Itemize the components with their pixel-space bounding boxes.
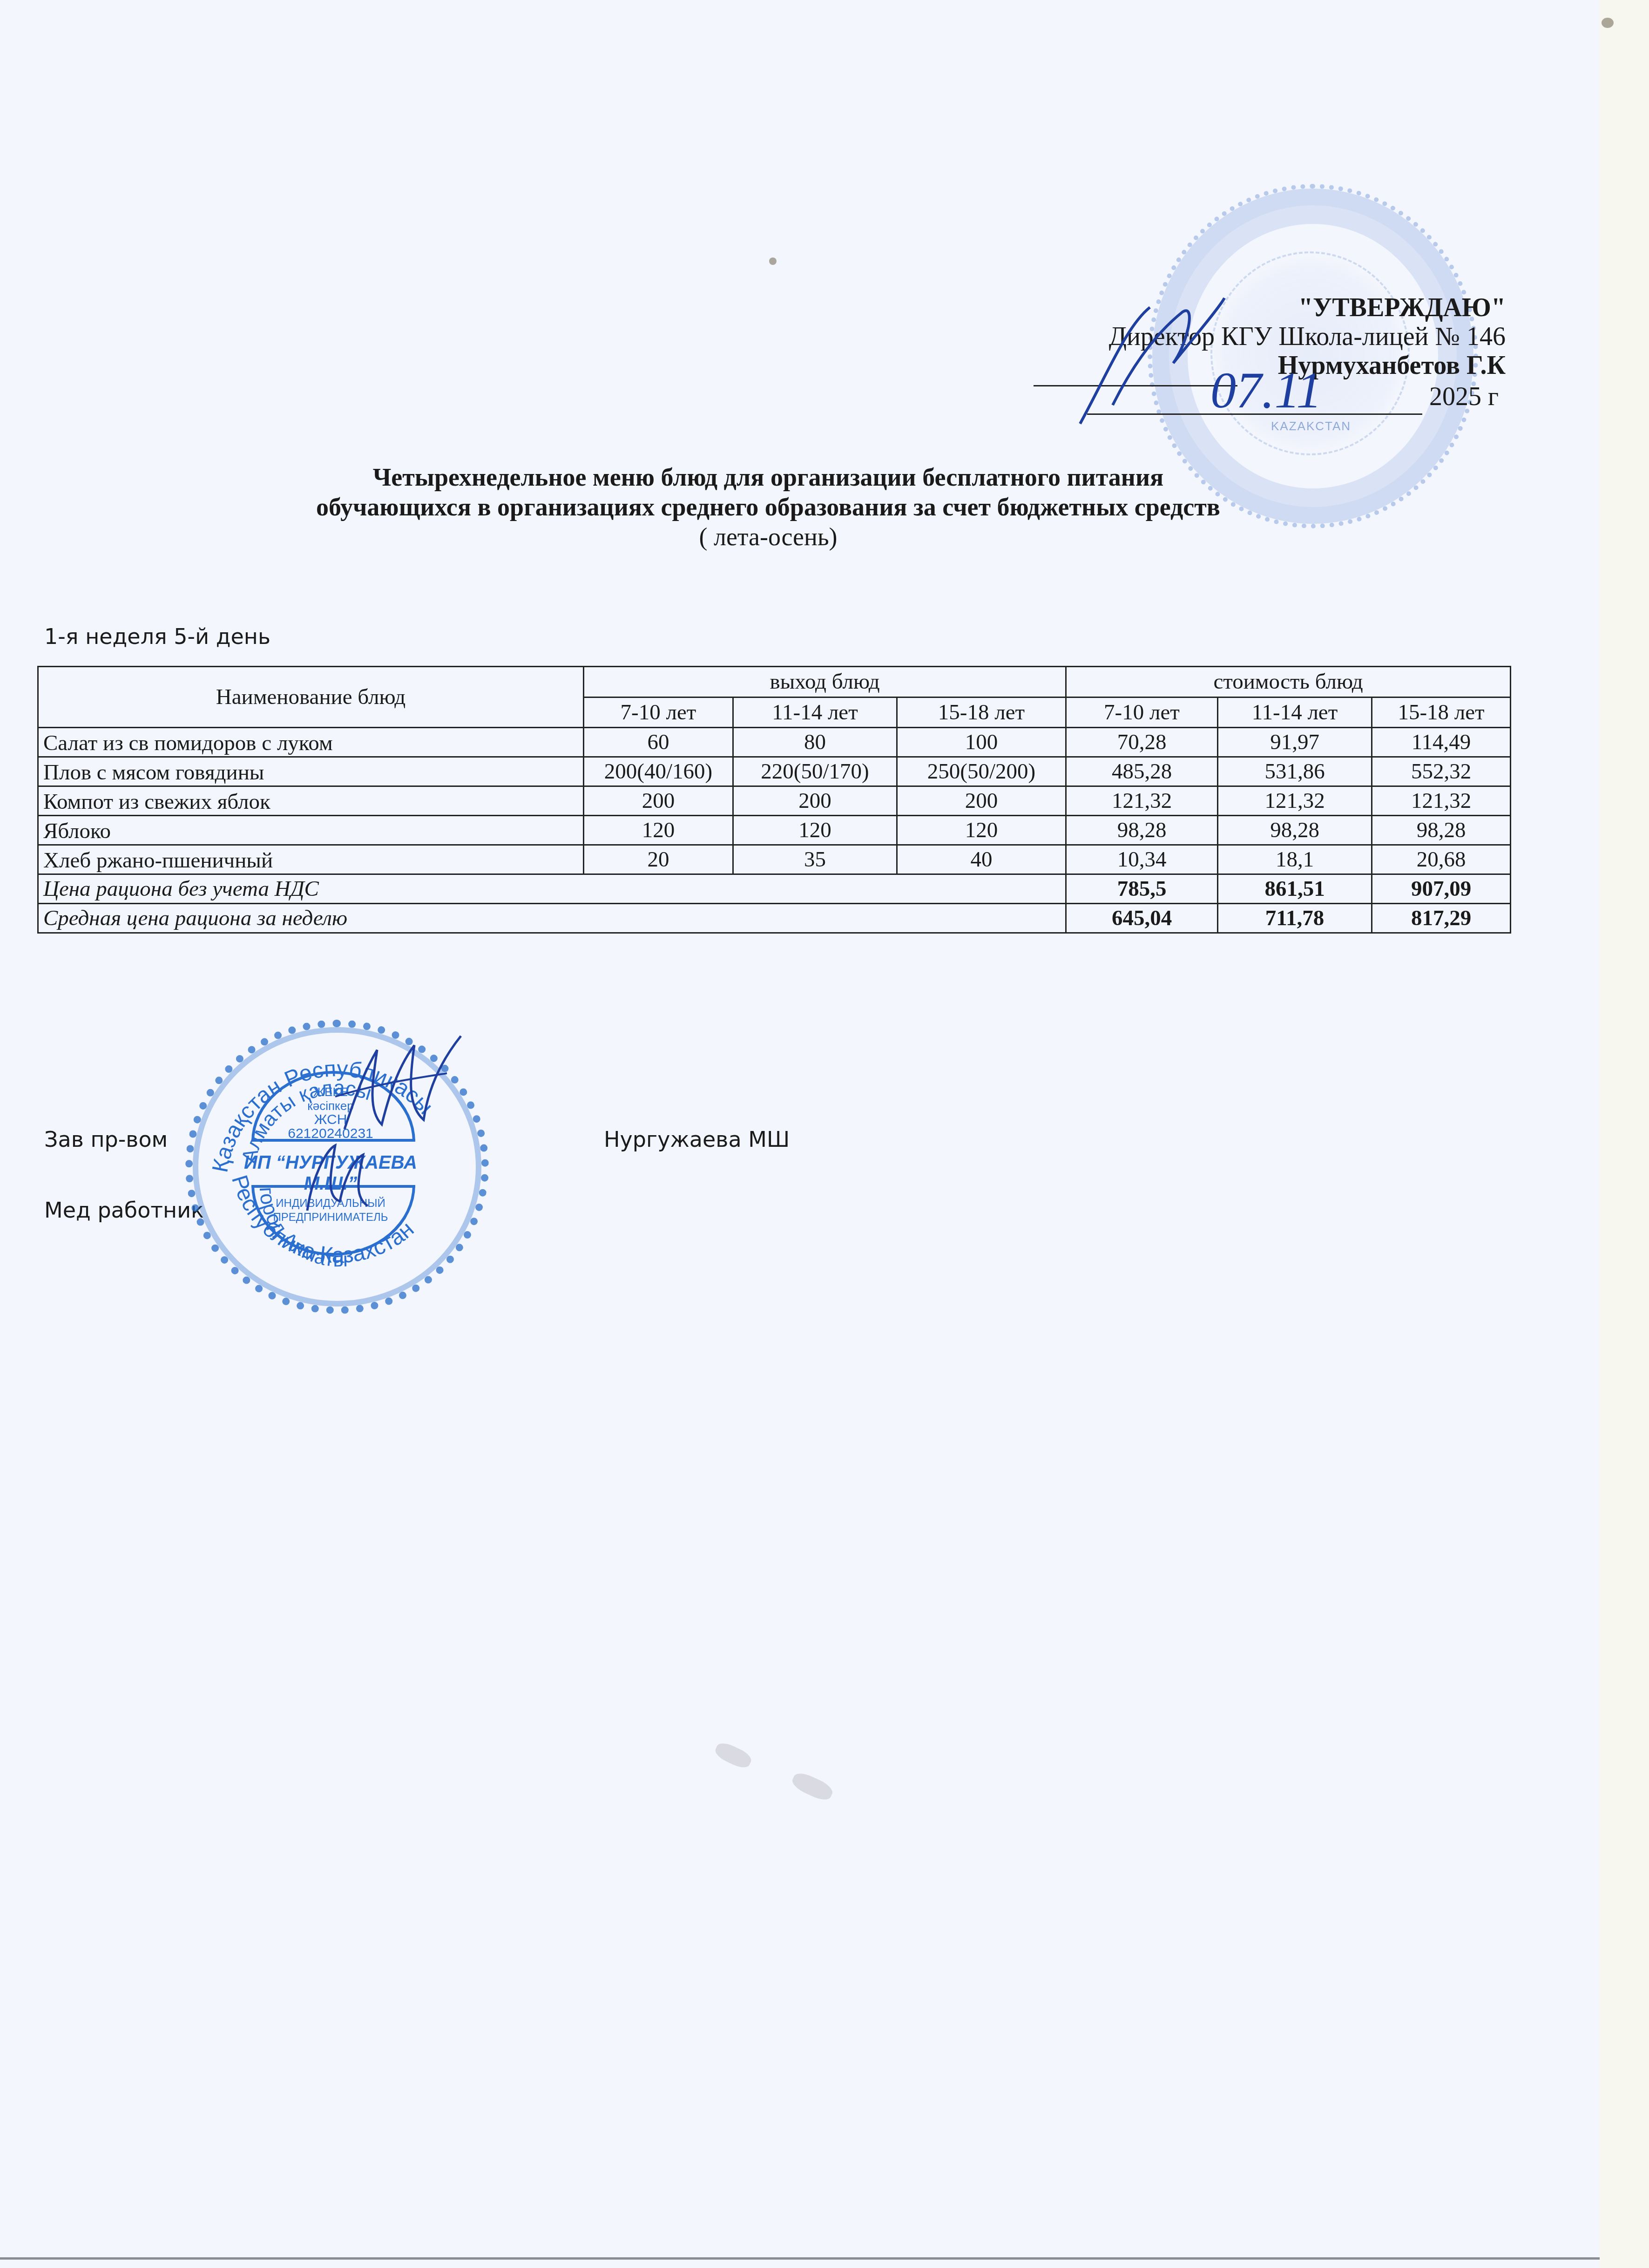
svg-text:07.11: 07.11 xyxy=(1210,362,1322,419)
yield-cell: 200(40/160) xyxy=(584,757,733,786)
cost-cell: 531,86 xyxy=(1218,757,1372,786)
column-header-dish-name: Наименование блюд xyxy=(38,667,584,728)
cost-cell: 18,1 xyxy=(1218,845,1372,874)
cost-cell: 121,32 xyxy=(1218,786,1372,816)
document-title-line2: обучающихся в организациях среднего обра… xyxy=(0,492,1536,522)
totals-value: 907,09 xyxy=(1372,874,1511,904)
dish-name-cell: Яблоко xyxy=(38,816,584,845)
table-header-row: Наименование блюд выход блюд стоимость б… xyxy=(38,667,1511,697)
scan-smudge xyxy=(790,1770,835,1803)
cost-cell: 98,28 xyxy=(1066,816,1218,845)
column-group-yield: выход блюд xyxy=(584,667,1066,697)
dish-name-cell: Салат из св помидоров с луком xyxy=(38,728,584,757)
totals-label: Средная цена рациона за неделю xyxy=(38,904,1066,933)
column-header-cost-age: 15-18 лет xyxy=(1372,697,1511,728)
document-title-line1: Четырехнедельное меню блюд для организац… xyxy=(0,462,1536,492)
yield-cell: 250(50/200) xyxy=(897,757,1066,786)
column-header-cost-age: 11-14 лет xyxy=(1218,697,1372,728)
table-row: Салат из св помидоров с луком608010070,2… xyxy=(38,728,1511,757)
scan-speck xyxy=(1602,18,1614,28)
yield-cell: 40 xyxy=(897,845,1066,874)
yield-cell: 200 xyxy=(733,786,897,816)
scan-bottom-edge xyxy=(0,2257,1600,2260)
dish-name-cell: Компот из свежих яблок xyxy=(38,786,584,816)
yield-cell: 120 xyxy=(897,816,1066,845)
cost-cell: 121,32 xyxy=(1372,786,1511,816)
menu-table: Наименование блюд выход блюд стоимость б… xyxy=(37,666,1511,934)
totals-value: 711,78 xyxy=(1218,904,1372,933)
totals-value: 817,29 xyxy=(1372,904,1511,933)
cost-cell: 10,34 xyxy=(1066,845,1218,874)
column-header-yield-age: 11-14 лет xyxy=(733,697,897,728)
totals-row: Цена рациона без учета НДС785,5861,51907… xyxy=(38,874,1511,904)
dish-name-cell: Плов с мясом говядины xyxy=(38,757,584,786)
medic-signature-icon xyxy=(298,1136,372,1215)
yield-cell: 220(50/170) xyxy=(733,757,897,786)
cost-cell: 552,32 xyxy=(1372,757,1511,786)
totals-value: 645,04 xyxy=(1066,904,1218,933)
column-header-yield-age: 7-10 лет xyxy=(584,697,733,728)
cost-cell: 114,49 xyxy=(1372,728,1511,757)
totals-row: Средная цена рациона за неделю645,04711,… xyxy=(38,904,1511,933)
totals-value: 785,5 xyxy=(1066,874,1218,904)
yield-cell: 200 xyxy=(897,786,1066,816)
totals-label: Цена рациона без учета НДС xyxy=(38,874,1066,904)
cost-cell: 121,32 xyxy=(1066,786,1218,816)
manager-signature-icon xyxy=(326,1031,466,1138)
column-group-cost: стоимость блюд xyxy=(1066,667,1511,697)
column-header-cost-age: 7-10 лет xyxy=(1066,697,1218,728)
yield-cell: 20 xyxy=(584,845,733,874)
table-row: Плов с мясом говядины200(40/160)220(50/1… xyxy=(38,757,1511,786)
cost-cell: 485,28 xyxy=(1066,757,1218,786)
table-row: Хлеб ржано-пшеничный20354010,3418,120,68 xyxy=(38,845,1511,874)
scan-speck xyxy=(769,257,777,265)
yield-cell: 35 xyxy=(733,845,897,874)
document-title-season: ( лета-осень) xyxy=(0,522,1536,552)
dish-name-cell: Хлеб ржано-пшеничный xyxy=(38,845,584,874)
cost-cell: 91,97 xyxy=(1218,728,1372,757)
yield-cell: 80 xyxy=(733,728,897,757)
yield-cell: 120 xyxy=(733,816,897,845)
yield-cell: 120 xyxy=(584,816,733,845)
cost-cell: 98,28 xyxy=(1218,816,1372,845)
totals-value: 861,51 xyxy=(1218,874,1372,904)
cost-cell: 70,28 xyxy=(1066,728,1218,757)
yield-cell: 60 xyxy=(584,728,733,757)
yield-cell: 100 xyxy=(897,728,1066,757)
scan-edge xyxy=(1600,0,1649,2268)
director-signature-icon: 07.11 xyxy=(1071,289,1443,428)
cost-cell: 20,68 xyxy=(1372,845,1511,874)
week-day-label: 1-я неделя 5-й день xyxy=(44,624,270,649)
column-header-yield-age: 15-18 лет xyxy=(897,697,1066,728)
cost-cell: 98,28 xyxy=(1372,816,1511,845)
yield-cell: 200 xyxy=(584,786,733,816)
scan-smudge xyxy=(713,1740,754,1771)
production-manager-label: Зав пр-вом xyxy=(44,1127,168,1152)
medical-worker-label: Мед работник xyxy=(44,1198,204,1223)
table-row: Яблоко12012012098,2898,2898,28 xyxy=(38,816,1511,845)
production-manager-name: Нургужаева МШ xyxy=(604,1127,790,1152)
table-row: Компот из свежих яблок200200200121,32121… xyxy=(38,786,1511,816)
